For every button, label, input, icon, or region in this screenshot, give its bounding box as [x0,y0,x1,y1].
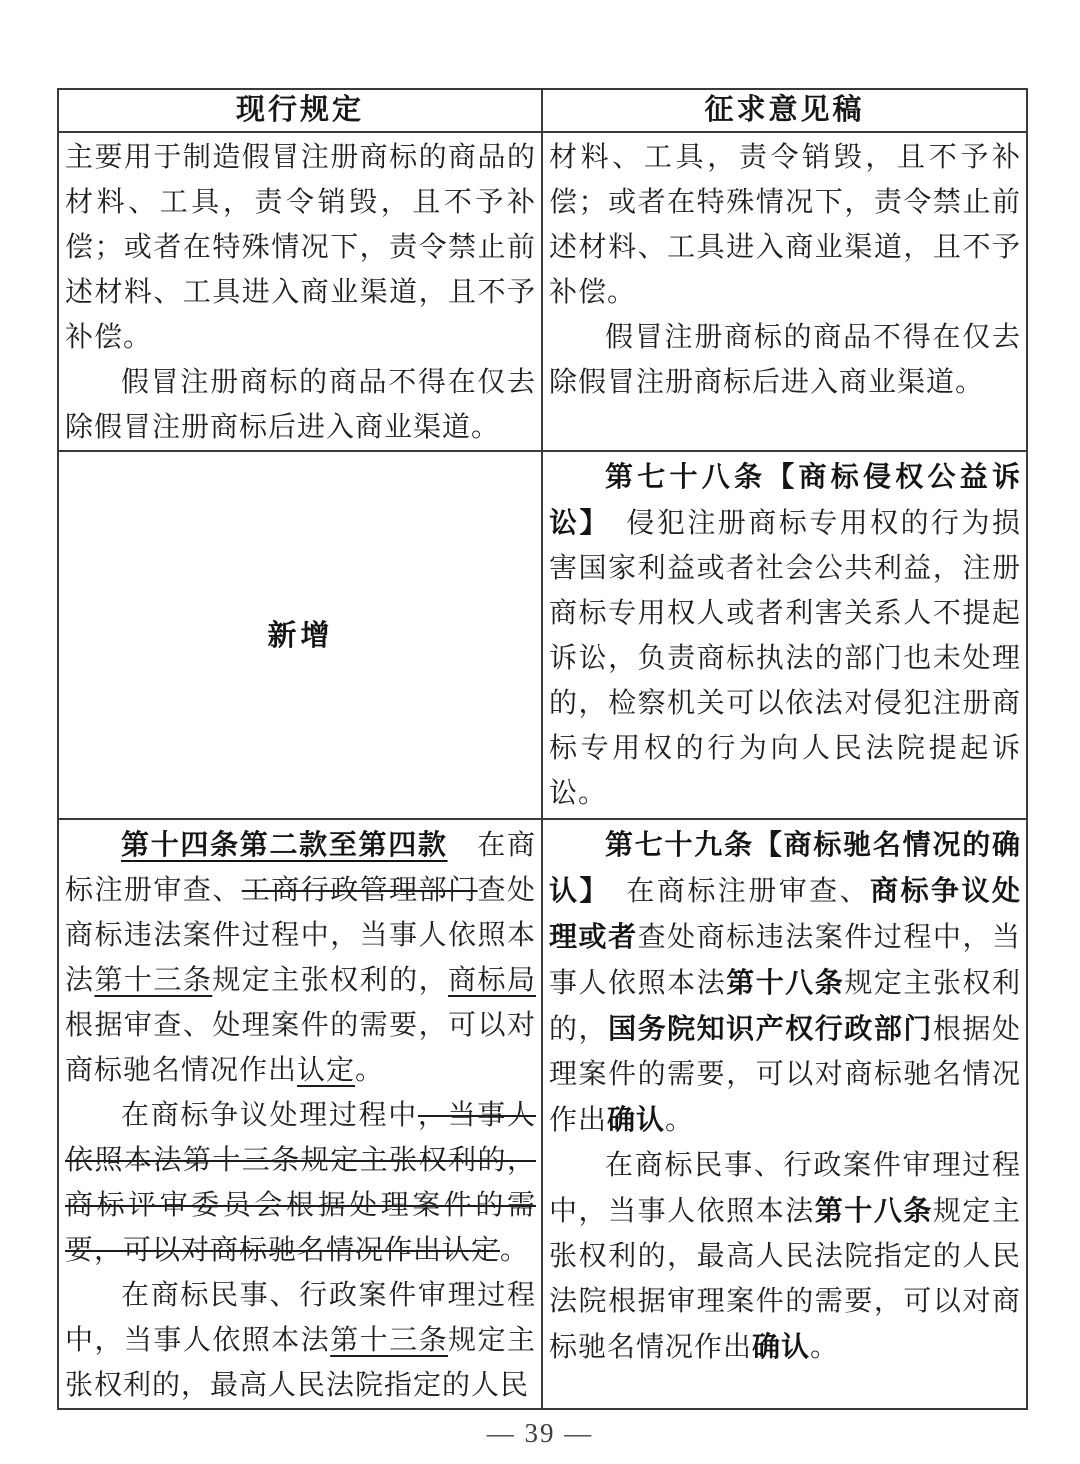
paragraph: 材料、工具，责令销毁，且不予补偿；或者在特殊情况下，责令禁止前述材料、工具进入商… [549,135,1021,315]
comparison-table: 现行规定 征求意见稿 主要用于制造假冒注册商标的商品的材料、工具，责令销毁，且不… [57,88,1028,1410]
paragraph: 在商标争议处理过程中，当事人依照本法第十三条规定主张权利的，商标评审委员会根据处… [65,1093,536,1273]
table-row-2: 新增 第七十八条【商标侵权公益诉讼】 侵犯注册商标专用权的行为损害国家利益或者社… [58,451,1027,819]
paragraph: 在商标民事、行政案件审理过程中，当事人依照本法第十三条规定主张权利的，最高人民法… [65,1273,536,1408]
cell-draft-row3-article-79: 第七十九条【商标驰名情况的确认】 在商标注册审查、商标争议处理或者查处商标违法案… [542,819,1027,1409]
paragraph: 在商标民事、行政案件审理过程中，当事人依照本法第十八条规定主张权利的，最高人民法… [549,1143,1021,1370]
cell-current-row1: 主要用于制造假冒注册商标的商品的材料、工具，责令销毁，且不予补偿；或者在特殊情况… [58,132,542,451]
table-header-row: 现行规定 征求意见稿 [58,89,1027,132]
header-draft-for-comments: 征求意见稿 [542,89,1027,132]
paragraph: 主要用于制造假冒注册商标的商品的材料、工具，责令销毁，且不予补偿；或者在特殊情况… [65,135,536,360]
table-row-3: 第十四条第二款至第四款 在商标注册审查、工商行政管理部门查处商标违法案件过程中，… [58,819,1027,1409]
page-number: — 39 — [0,1418,1080,1449]
paragraph: 第十四条第二款至第四款 在商标注册审查、工商行政管理部门查处商标违法案件过程中，… [65,822,536,1093]
paragraph: 第七十八条【商标侵权公益诉讼】 侵犯注册商标专用权的行为损害国家利益或者社会公共… [549,454,1021,816]
paragraph: 假冒注册商标的商品不得在仅去除假冒注册商标后进入商业渠道。 [65,360,536,450]
header-current-provisions: 现行规定 [58,89,542,132]
table-row-1: 主要用于制造假冒注册商标的商品的材料、工具，责令销毁，且不予补偿；或者在特殊情况… [58,132,1027,451]
cell-draft-row2-article-78: 第七十八条【商标侵权公益诉讼】 侵犯注册商标专用权的行为损害国家利益或者社会公共… [542,451,1027,819]
cell-draft-row1: 材料、工具，责令销毁，且不予补偿；或者在特殊情况下，责令禁止前述材料、工具进入商… [542,132,1027,451]
paragraph: 新增 [65,614,536,659]
cell-current-row2-new-addition: 新增 [58,451,542,819]
cell-current-row3-article-14: 第十四条第二款至第四款 在商标注册审查、工商行政管理部门查处商标违法案件过程中，… [58,819,542,1409]
document-page: 现行规定 征求意见稿 主要用于制造假冒注册商标的商品的材料、工具，责令销毁，且不… [0,0,1080,1464]
paragraph: 假冒注册商标的商品不得在仅去除假冒注册商标后进入商业渠道。 [549,315,1021,405]
paragraph: 第七十九条【商标驰名情况的确认】 在商标注册审查、商标争议处理或者查处商标违法案… [549,822,1021,1143]
